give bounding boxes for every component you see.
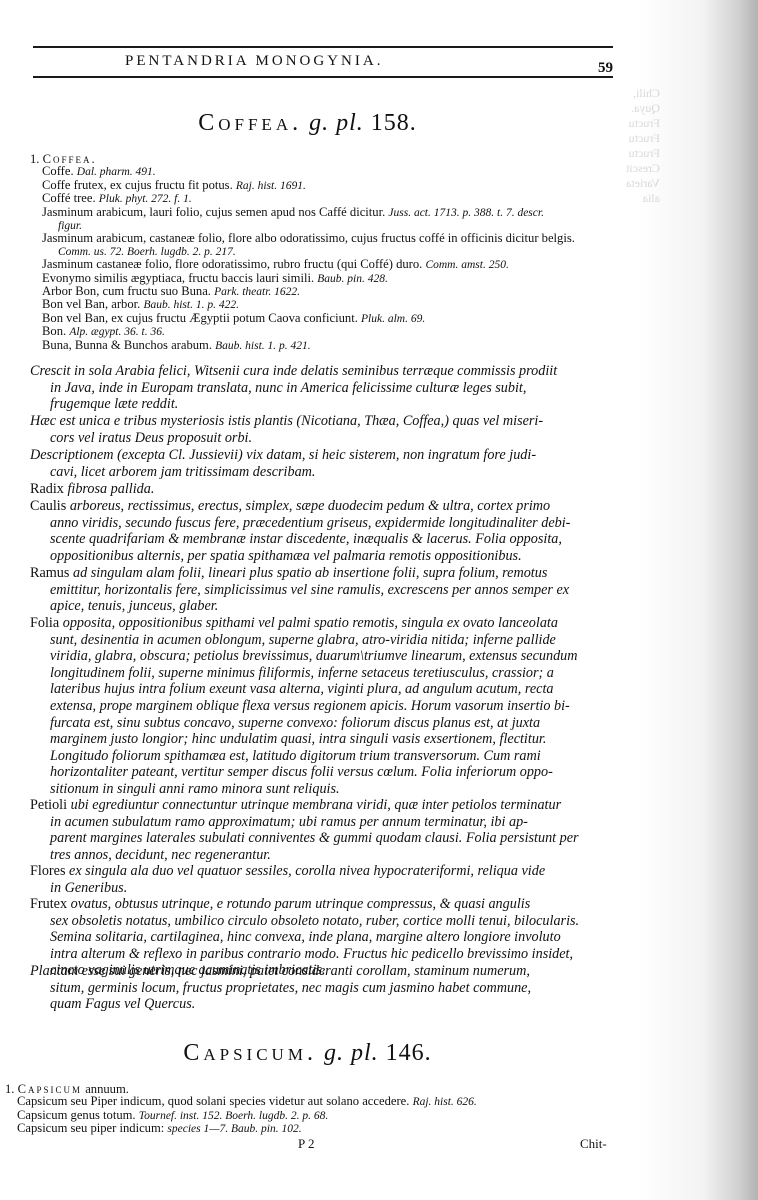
text-line: cavi, licet arborem jam tritissimam desc… bbox=[30, 464, 612, 481]
synonym-citation: Tournef. inst. 152. Boerh. lugdb. 2. p. … bbox=[139, 1110, 328, 1122]
text-line: Hæc est unica e tribus mysteriosis istis… bbox=[30, 413, 612, 430]
synonym-text: Evonymo similis ægyptiaca, fructu baccis… bbox=[42, 271, 314, 285]
synonym-text: Arbor Bon, cum fructu suo Buna. bbox=[42, 284, 211, 298]
synonym-citation: Dal. pharm. 491. bbox=[77, 166, 156, 178]
text-line: arboreus, rectissimus, erectus, simplex,… bbox=[66, 498, 550, 514]
synonym-citation: Juss. act. 1713. p. 388. t. 7. descr. bbox=[388, 207, 544, 219]
text-line: extensa, prope marginem oblique flexa ve… bbox=[30, 698, 612, 715]
genus-name: Capsicum. bbox=[183, 1040, 317, 1066]
synonym-citation: species 1—7. Baub. pin. 102. bbox=[167, 1123, 301, 1135]
text-line: Longitudo foliorum spithamæa est, latitu… bbox=[30, 748, 612, 765]
coffea-synonymy: 1. Coffea. Coffe. Dal. pharm. 491. Coffe… bbox=[30, 153, 610, 352]
text-line: furcata est, sinu subtus concavo, supern… bbox=[30, 715, 612, 732]
synonym-line: Evonymo similis ægyptiaca, fructu baccis… bbox=[30, 272, 610, 285]
synonym-citation: Pluk. alm. 69. bbox=[361, 313, 425, 325]
text-line: longitudinem folii, superne minimus fili… bbox=[30, 665, 612, 682]
text-line: anno viridis, secundo fuscus fere, præce… bbox=[30, 515, 612, 532]
synonym-citation: Park. theatr. 1622. bbox=[214, 286, 300, 298]
text-line: emittitur, horizontalis fere, simpliciss… bbox=[30, 582, 612, 599]
description-paragraph-ramus: Ramus ad singulam alam folii, lineari pl… bbox=[30, 565, 612, 615]
synonym-citation: Pluk. phyt. 272. f. 1. bbox=[99, 193, 192, 205]
description-paragraph-conclusion: Plantam esse sui generis, nec jasmini, p… bbox=[30, 963, 612, 1013]
text-line: Plantam esse sui generis, nec jasmini, p… bbox=[30, 963, 612, 980]
synonym-line: Jasminum arabicum, lauri folio, cujus se… bbox=[30, 206, 610, 219]
description-paragraph-folia: Folia opposita, oppositionibus spithami … bbox=[30, 615, 612, 798]
synonym-text: Coffe. bbox=[42, 164, 74, 178]
paragraph-lead: Flores bbox=[30, 863, 65, 879]
section-title-coffea: Coffea. g. pl. 158. bbox=[0, 110, 615, 137]
page-number: 59 bbox=[598, 60, 613, 77]
synonym-text: Capsicum seu piper indicum: bbox=[17, 1121, 164, 1135]
text-line: oppositionibus alternis, per spatia spit… bbox=[30, 548, 612, 565]
text-line: tres annos, decidunt, nec regenerantur. bbox=[30, 847, 612, 864]
text-line: parent margines laterales subulati conni… bbox=[30, 830, 612, 847]
synonym-continuation: figur. bbox=[30, 219, 610, 232]
synonym-citation: Comm. amst. 250. bbox=[425, 259, 508, 271]
text-line: opposita, oppositionibus spithami vel pa… bbox=[59, 615, 558, 631]
paragraph-lead: Radix bbox=[30, 481, 64, 497]
synonym-line: Coffé tree. Pluk. phyt. 272. f. 1. bbox=[30, 192, 610, 205]
genus-name: Coffea. bbox=[198, 110, 302, 136]
synonym-text: Bon vel Ban, ex cujus fructu Ægyptii pot… bbox=[42, 311, 358, 325]
capsicum-synonymy: 1. Capsicum annuum. Capsicum seu Piper i… bbox=[5, 1083, 585, 1136]
synonym-citation: Comm. us. 72. Boerh. lugdb. 2. p. 217. bbox=[58, 246, 236, 258]
text-line: ad singulam alam folii, lineari plus spa… bbox=[69, 565, 547, 581]
text-line: Descriptionem (excepta Cl. Jussievii) vi… bbox=[30, 447, 612, 464]
synonym-continuation: Comm. us. 72. Boerh. lugdb. 2. p. 217. bbox=[30, 245, 610, 258]
text-line: ovatus, obtusus utrinque, e rotundo paru… bbox=[67, 896, 530, 912]
catchword: Chit- bbox=[580, 1136, 607, 1152]
text-line: marginem justo longior; hinc undulatim q… bbox=[30, 731, 612, 748]
description-paragraph-flores: Flores ex singula ala duo vel quatuor se… bbox=[30, 863, 612, 896]
synonym-line: Coffe frutex, ex cujus fructu fit potus.… bbox=[30, 179, 610, 192]
text-line: fibrosa pallida. bbox=[64, 481, 155, 497]
synonym-line: Capsicum seu Piper indicum, quod solani … bbox=[5, 1095, 585, 1108]
synonym-line: Capsicum seu piper indicum: species 1—7.… bbox=[5, 1122, 585, 1135]
paragraph-lead: Caulis bbox=[30, 498, 66, 514]
paragraph-lead: Petioli bbox=[30, 797, 67, 813]
text-line: ex singula ala duo vel quatuor sessiles,… bbox=[65, 863, 545, 879]
text-line: frugemque læte reddit. bbox=[30, 396, 612, 413]
synonym-text: Buna, Bunna & Bunchos arabum. bbox=[42, 338, 212, 352]
description-paragraph-habitat: Crescit in sola Arabia felici, Witsenii … bbox=[30, 363, 612, 413]
genus-number: 158. bbox=[371, 110, 417, 136]
text-line: sunt, desinentia in acumen oblongum, sup… bbox=[30, 632, 612, 649]
description-paragraph-petioli: Petioli ubi egrediuntur connectuntur utr… bbox=[30, 797, 612, 863]
text-line: quam Fagus vel Quercus. bbox=[30, 996, 612, 1013]
genus-reference: g. pl. bbox=[309, 110, 364, 136]
text-line: in Java, inde in Europam translata, nunc… bbox=[30, 380, 612, 397]
synonym-line: Bon vel Ban, ex cujus fructu Ægyptii pot… bbox=[30, 312, 610, 325]
text-line: in acumen subulatum ramo approximatum; u… bbox=[30, 814, 612, 831]
synonym-citation: Baub. hist. 1. p. 422. bbox=[143, 299, 239, 311]
text-line: intra alterum & reflexo in paribus contr… bbox=[30, 946, 612, 963]
text-line: scente quadrifariam & membranæ instar di… bbox=[30, 531, 612, 548]
synonym-line: Bon. Alp. ægypt. 36. t. 36. bbox=[30, 325, 610, 338]
bleed-line: Chili, bbox=[580, 86, 660, 101]
synonym-citation: figur. bbox=[58, 220, 82, 232]
synonym-text: Coffé tree. bbox=[42, 191, 96, 205]
species-number: 1. bbox=[5, 1082, 14, 1096]
synonym-citation: Raj. hist. 626. bbox=[413, 1096, 477, 1108]
synonym-line: Arbor Bon, cum fructu suo Buna. Park. th… bbox=[30, 285, 610, 298]
text-line: lateribus hujus intra folium exeunt vasa… bbox=[30, 681, 612, 698]
description-paragraph-mystery: Hæc est unica e tribus mysteriosis istis… bbox=[30, 413, 612, 446]
synonym-text: Jasminum castaneæ folio, flore odoratiss… bbox=[42, 257, 422, 271]
synonym-line: Jasminum castaneæ folio, flore odoratiss… bbox=[30, 258, 610, 271]
synonym-line: Buna, Bunna & Bunchos arabum. Baub. hist… bbox=[30, 339, 610, 352]
description-paragraph-intro: Descriptionem (excepta Cl. Jussievii) vi… bbox=[30, 447, 612, 480]
text-line: sitionum in singuli anni ramo minora sun… bbox=[30, 781, 612, 798]
description-paragraph-caulis: Caulis arboreus, rectissimus, erectus, s… bbox=[30, 498, 612, 564]
synonym-text: Jasminum arabicum, castaneæ folio, flore… bbox=[42, 231, 575, 245]
signature-mark: P 2 bbox=[298, 1136, 315, 1152]
synonym-citation: Baub. hist. 1. p. 421. bbox=[215, 340, 311, 352]
synonym-text: Bon. bbox=[42, 324, 66, 338]
synonym-text: Capsicum genus totum. bbox=[17, 1108, 136, 1122]
synonym-line: Coffe. Dal. pharm. 491. bbox=[30, 165, 610, 178]
text-line: situm, germinis locum, fructus proprieta… bbox=[30, 980, 612, 997]
species-heading: 1. Coffea. bbox=[30, 153, 610, 165]
synonym-text: Capsicum seu Piper indicum, quod solani … bbox=[17, 1094, 409, 1108]
description-paragraph-radix: Radix fibrosa pallida. bbox=[30, 481, 612, 498]
synonym-citation: Alp. ægypt. 36. t. 36. bbox=[69, 326, 165, 338]
header-rule-top bbox=[33, 46, 613, 48]
text-line: in Generibus. bbox=[30, 880, 612, 897]
text-line: Crescit in sola Arabia felici, Witsenii … bbox=[30, 363, 612, 380]
synonym-line: Capsicum genus totum. Tournef. inst. 152… bbox=[5, 1109, 585, 1122]
synonym-line: Jasminum arabicum, castaneæ folio, flore… bbox=[30, 232, 610, 244]
synonym-citation: Raj. hist. 1691. bbox=[236, 180, 306, 192]
text-line: Semina solitaria, cartilaginea, hinc con… bbox=[30, 929, 612, 946]
text-line: viridia, glabra, obscura; petiolus brevi… bbox=[30, 648, 612, 665]
text-line: apice, tenuis, junceus, glaber. bbox=[30, 598, 612, 615]
text-line: horizontaliter pateant, vertitur semper … bbox=[30, 764, 612, 781]
genus-reference: g. pl. bbox=[324, 1040, 379, 1066]
paragraph-lead: Ramus bbox=[30, 565, 69, 581]
text-line: ubi egrediuntur connectuntur utrinque me… bbox=[67, 797, 561, 813]
header-rule-bottom bbox=[33, 76, 613, 78]
species-number: 1. bbox=[30, 152, 39, 166]
synonym-citation: Baub. pin. 428. bbox=[317, 273, 388, 285]
synonym-line: Bon vel Ban, arbor. Baub. hist. 1. p. 42… bbox=[30, 298, 610, 311]
genus-number: 146. bbox=[386, 1040, 432, 1066]
running-head: PENTANDRIA MONOGYNIA. bbox=[125, 53, 383, 70]
paragraph-lead: Folia bbox=[30, 615, 59, 631]
text-line: cors vel iratus Deus proposuit orbi. bbox=[30, 430, 612, 447]
text-line: sex obsoletis notatus, umbilico circulo … bbox=[30, 913, 612, 930]
section-title-capsicum: Capsicum. g. pl. 146. bbox=[0, 1040, 615, 1067]
synonym-text: Bon vel Ban, arbor. bbox=[42, 297, 140, 311]
paragraph-lead: Frutex bbox=[30, 896, 67, 912]
synonym-text: Jasminum arabicum, lauri folio, cujus se… bbox=[42, 205, 385, 219]
synonym-text: Coffe frutex, ex cujus fructu fit potus. bbox=[42, 178, 233, 192]
